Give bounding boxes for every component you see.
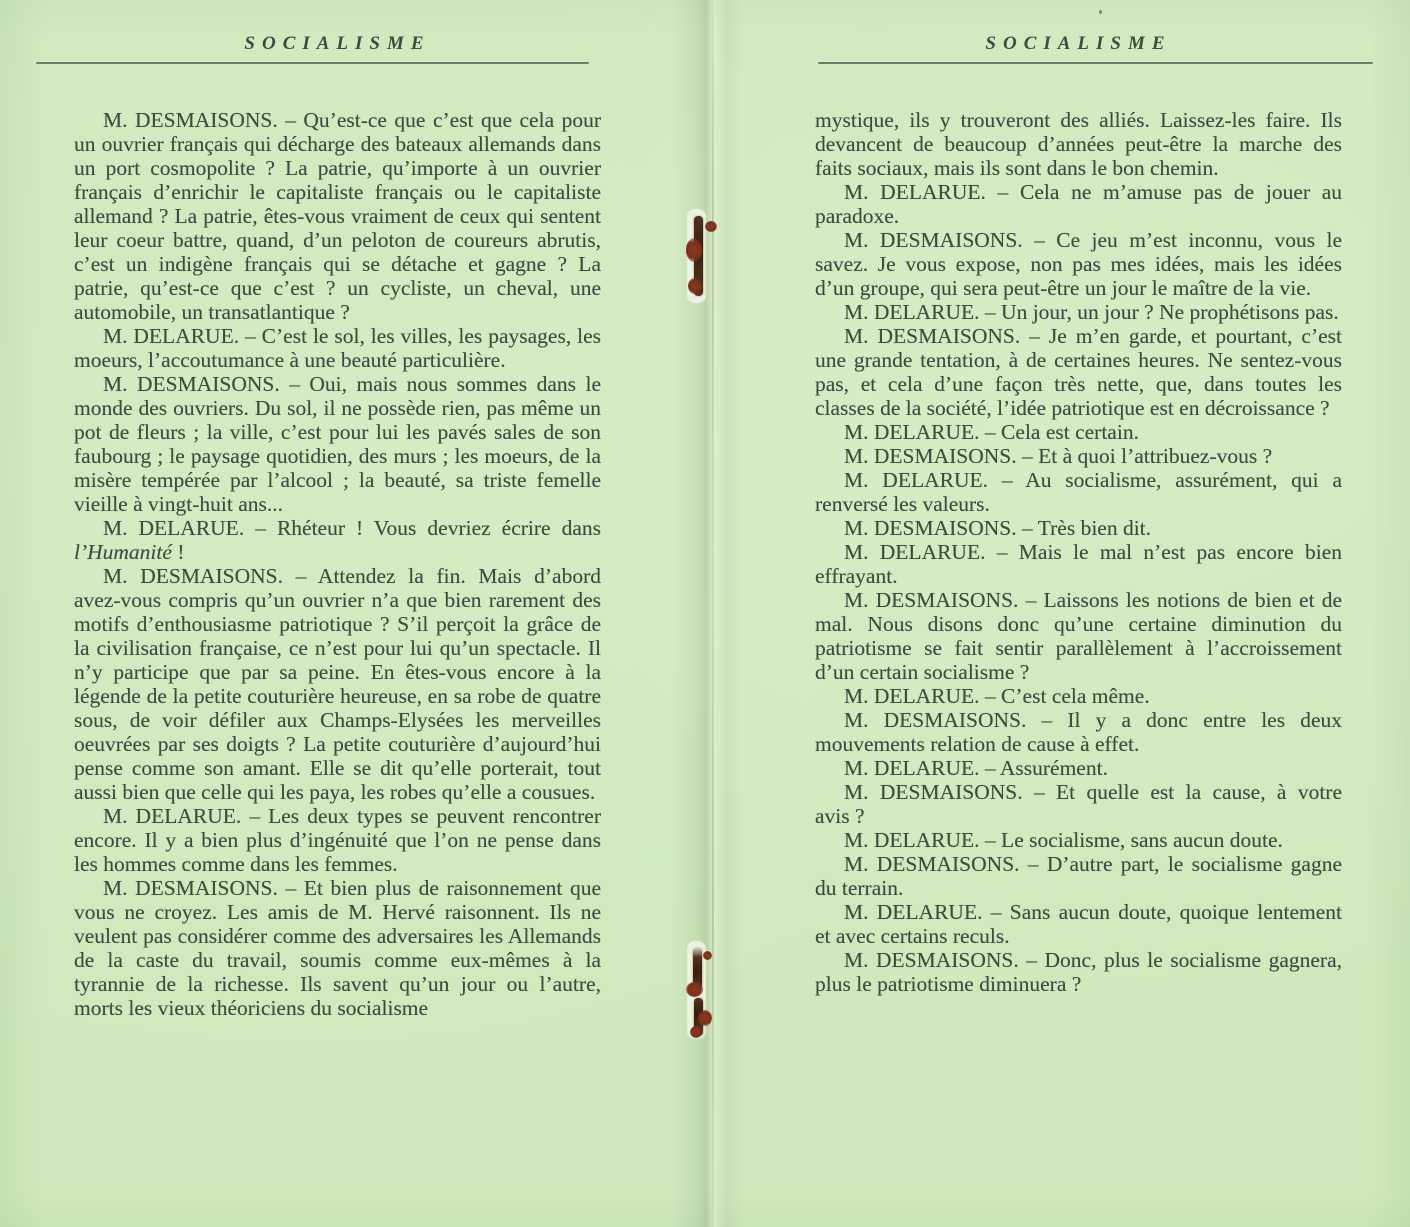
paragraph: M. DESMAISONS. – Qu’est-ce que c’est que… bbox=[74, 108, 601, 324]
text-run: M. DESMAISONS. – Et quelle est la cause,… bbox=[815, 780, 1342, 828]
text-run: M. DELARUE. – Les deux types se peuvent … bbox=[74, 804, 601, 876]
paragraph: M. DELARUE. – Mais le mal n’est pas enco… bbox=[815, 540, 1342, 588]
text-run: M. DESMAISONS. – Très bien dit. bbox=[844, 516, 1151, 540]
paragraph: M. DELARUE. – Les deux types se peuvent … bbox=[74, 804, 601, 876]
running-head: SOCIALISME bbox=[74, 33, 601, 55]
center-fold bbox=[672, 0, 742, 1227]
text-run: M. DESMAISONS. – Il y a donc entre les d… bbox=[815, 708, 1342, 756]
right-page: SOCIALISME mystique, ils y trouveront de… bbox=[815, 0, 1342, 1227]
paragraph: M. DELARUE. – Le socialisme, sans aucun … bbox=[815, 828, 1342, 852]
paragraph: M. DELARUE. – Cela est certain. bbox=[815, 420, 1342, 444]
paragraph: M. DESMAISONS. – Et quelle est la cause,… bbox=[815, 780, 1342, 828]
paragraph: M. DESMAISONS. – Donc, plus le socialism… bbox=[815, 948, 1342, 996]
paragraph: M. DESMAISONS. – Très bien dit. bbox=[815, 516, 1342, 540]
paragraph: M. DELARUE. – Sans aucun doute, quoique … bbox=[815, 900, 1342, 948]
paragraph: M. DELARUE. – Assurément. bbox=[815, 756, 1342, 780]
paragraph: M. DESMAISONS. – Et à quoi l’attribuez-v… bbox=[815, 444, 1342, 468]
text-run: M. DESMAISONS. – Donc, plus le socialism… bbox=[815, 948, 1342, 996]
paragraph: M. DESMAISONS. – Attendez la fin. Mais d… bbox=[74, 564, 601, 804]
paragraph: M. DESMAISONS. – D’autre part, le social… bbox=[815, 852, 1342, 900]
text-run: M. DELARUE. – Au socialisme, assurément,… bbox=[815, 468, 1342, 516]
paragraph: M. DESMAISONS. – Et bien plus de raisonn… bbox=[74, 876, 601, 1020]
paragraph: M. DELARUE. – Cela ne m’amuse pas de jou… bbox=[815, 180, 1342, 228]
paragraph: M. DELARUE. – Rhéteur ! Vous devriez écr… bbox=[74, 516, 601, 564]
rust-stain bbox=[686, 982, 703, 997]
paragraph: M. DESMAISONS. – Je m’en garde, et pourt… bbox=[815, 324, 1342, 420]
text-column: mystique, ils y trouveront des alliés. L… bbox=[815, 108, 1342, 996]
text-run: M. DESMAISONS. – Et à quoi l’attribuez-v… bbox=[844, 444, 1272, 468]
paragraph: M. DELARUE. – C’est le sol, les villes, … bbox=[74, 324, 601, 372]
paragraph: M. DELARUE. – C’est cela même. bbox=[815, 684, 1342, 708]
fold-crease-line bbox=[712, 0, 714, 1227]
paragraph: M. DESMAISONS. – Laissons les notions de… bbox=[815, 588, 1342, 684]
text-run: M. DESMAISONS. – Et bien plus de raisonn… bbox=[74, 876, 601, 1020]
text-run: ! bbox=[172, 540, 185, 564]
rust-stain bbox=[690, 1026, 702, 1038]
rust-stain bbox=[703, 951, 712, 960]
text-run: M. DESMAISONS. – Attendez la fin. Mais d… bbox=[74, 564, 601, 804]
text-run: M. DELARUE. – Mais le mal n’est pas enco… bbox=[815, 540, 1342, 588]
left-page: SOCIALISME M. DESMAISONS. – Qu’est-ce qu… bbox=[74, 0, 601, 1227]
text-run: M. DELARUE. – Sans aucun doute, quoique … bbox=[815, 900, 1342, 948]
text-run: M. DELARUE. – Le socialisme, sans aucun … bbox=[844, 828, 1283, 852]
text-column: M. DESMAISONS. – Qu’est-ce que c’est que… bbox=[74, 108, 601, 1020]
text-run: M. DESMAISONS. – D’autre part, le social… bbox=[815, 852, 1342, 900]
text-run: mystique, ils y trouveront des alliés. L… bbox=[815, 108, 1342, 180]
rust-stain bbox=[688, 278, 701, 294]
text-run: M. DESMAISONS. – Laissons les notions de… bbox=[815, 588, 1342, 684]
text-run: M. DELARUE. – Un jour, un jour ? Ne prop… bbox=[844, 300, 1339, 324]
text-run: M. DELARUE. – Cela ne m’amuse pas de jou… bbox=[815, 180, 1342, 228]
text-run: M. DESMAISONS. – Oui, mais nous sommes d… bbox=[74, 372, 601, 516]
paragraph: M. DESMAISONS. – Il y a donc entre les d… bbox=[815, 708, 1342, 756]
text-run: M. DESMAISONS. – Ce jeu m’est inconnu, v… bbox=[815, 228, 1342, 300]
paragraph: M. DELARUE. – Un jour, un jour ? Ne prop… bbox=[815, 300, 1342, 324]
text-run: M. DELARUE. – Rhéteur ! Vous devriez écr… bbox=[103, 516, 601, 540]
paragraph: mystique, ils y trouveront des alliés. L… bbox=[815, 108, 1342, 180]
paragraph: M. DESMAISONS. – Oui, mais nous sommes d… bbox=[74, 372, 601, 516]
text-run: M. DELARUE. – C’est le sol, les villes, … bbox=[74, 324, 601, 372]
paragraph: M. DELARUE. – Au socialisme, assurément,… bbox=[815, 468, 1342, 516]
italic-text: l’Humanité bbox=[74, 540, 172, 564]
rust-stain bbox=[705, 221, 717, 232]
rust-stain bbox=[698, 1010, 712, 1026]
book-spread: SOCIALISME M. DESMAISONS. – Qu’est-ce qu… bbox=[0, 0, 1410, 1227]
text-run: M. DESMAISONS. – Je m’en garde, et pourt… bbox=[815, 324, 1342, 420]
text-run: M. DESMAISONS. – Qu’est-ce que c’est que… bbox=[74, 108, 601, 324]
text-run: M. DELARUE. – Cela est certain. bbox=[844, 420, 1139, 444]
text-run: M. DELARUE. – C’est cela même. bbox=[844, 684, 1150, 708]
head-rule bbox=[818, 62, 1373, 64]
rust-stain bbox=[686, 238, 702, 262]
text-run: M. DELARUE. – Assurément. bbox=[844, 756, 1108, 780]
head-rule bbox=[36, 62, 589, 64]
running-head: SOCIALISME bbox=[815, 33, 1342, 55]
paragraph: M. DESMAISONS. – Ce jeu m’est inconnu, v… bbox=[815, 228, 1342, 300]
